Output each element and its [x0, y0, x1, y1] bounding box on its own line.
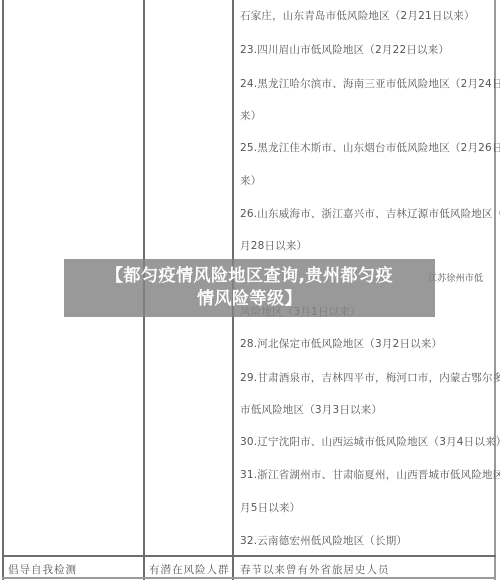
banner-title-line-1: 【都匀疫情风险地区查询,贵州都匀疫: [106, 265, 393, 288]
list-item: 29.甘肃酒泉市，吉林四平市，梅河口市，内蒙古鄂尔多斯: [240, 370, 500, 385]
document-page: 石家庄，山东青岛市低风险地区（2月21日以来） 23.四川眉山市低风险地区（2月…: [0, 0, 500, 582]
list-item: 23.四川眉山市低风险地区（2月22日以来）: [240, 42, 449, 57]
list-item: 24.黑龙江哈尔滨市、海南三亚市低风险地区（2月24日以: [240, 76, 500, 91]
description-cell: 春节以来曾有外省旅居史人员: [240, 562, 390, 577]
list-item: 石家庄，山东青岛市低风险地区（2月21日以来）: [240, 8, 475, 23]
list-item: 26.山东威海市、浙江嘉兴市、吉林辽源市低风险地区（2: [240, 206, 500, 221]
list-item: 32.云南德宏州低风险地区（长期）: [240, 533, 407, 548]
list-item: 来）: [240, 173, 261, 188]
list-item: 28.河北保定市低风险地区（3月2日以来）: [240, 336, 442, 351]
measure-cell: 倡导自我检测: [8, 562, 77, 577]
list-item: 30.辽宁沈阳市、山西运城市低风险地区（3月4日以来）: [240, 434, 500, 449]
title-banner: 【都匀疫情风险地区查询,贵州都匀疫 情风险等级】: [64, 259, 435, 317]
banner-title-line-2: 情风险等级】: [197, 288, 302, 311]
category-cell: 有潜在风险人群: [149, 562, 230, 577]
row-divider: [2, 555, 496, 557]
list-item: 月5日以来）: [240, 500, 300, 515]
list-item: 25.黑龙江佳木斯市、山东烟台市低风险地区（2月26日以: [240, 140, 500, 155]
list-item: 来）: [240, 108, 261, 123]
table-border-left: [2, 0, 4, 580]
list-item: 月28日以来）: [240, 238, 307, 253]
list-item: 31.浙江省湖州市、甘肃临夏州，山西晋城市低风险地区（3: [240, 467, 500, 482]
list-item: 市低风险地区（3月3日以来）: [240, 402, 382, 417]
table-border-bottom: [2, 577, 496, 579]
list-item: 江苏徐州市低: [428, 271, 483, 284]
